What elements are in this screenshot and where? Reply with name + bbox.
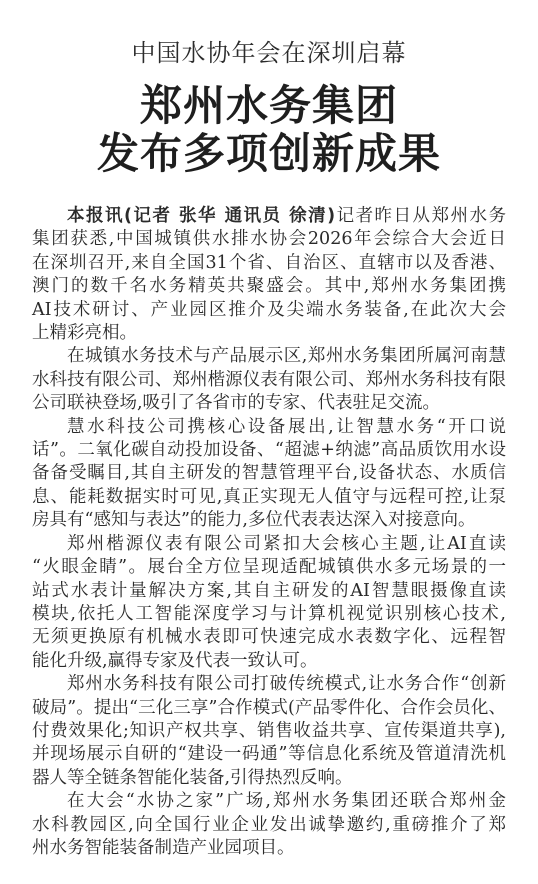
paragraph-4: 郑州楷源仪表有限公司紧扣大会核心主题,让AI直读 “火眼金睛”。展台全方位呈现适…	[32, 533, 506, 673]
paragraph-line: 付费效果化;知识产权共享、销售收益共享、宣传渠道共享),	[32, 720, 506, 743]
paragraph-line: 公司联袂登场,吸引了各省市的专家、代表驻足交流。	[32, 392, 506, 415]
paragraph-line: 在深圳召开,来自全国31个省、自治区、直辖市以及香港、	[32, 252, 506, 275]
paragraph-line: 器人等全链条智能化装备,引得热烈反响。	[32, 767, 506, 790]
paragraph-line: 州水务智能装备制造产业园项目。	[32, 837, 506, 860]
paragraph-line: 无须更换原有机械水表即可快速完成水表数字化、远程智	[32, 626, 506, 649]
paragraph-1: 本报讯(记者 张华 通讯员 徐清)记者昨日从郑州水务 集团获悉,中国城镇供水排水…	[32, 205, 506, 345]
paragraph-line: 息、能耗数据实时可见,真正实现无人值守与远程可控,让泵	[32, 486, 506, 509]
paragraph-line: 上精彩亮相。	[32, 322, 506, 345]
paragraph-line: 郑州楷源仪表有限公司紧扣大会核心主题,让AI直读	[32, 533, 506, 556]
paragraph-line: 备备受瞩目,其自主研发的智慧管理平台,设备状态、水质信	[32, 462, 506, 485]
paragraph-line: 话”。二氧化碳自动投加设备、“超滤+纳滤”高品质饮用水设	[32, 439, 506, 462]
headline-line-1: 郑州水务集团	[0, 82, 538, 130]
article-headline: 郑州水务集团 发布多项创新成果	[0, 82, 538, 178]
paragraph-line: 本报讯(记者 张华 通讯员 徐清)记者昨日从郑州水务	[32, 205, 506, 228]
paragraph-line: 慧水科技公司携核心设备展出,让智慧水务“开口说	[32, 416, 506, 439]
byline-lead: 本报讯(记者 张华 通讯员 徐清)	[67, 206, 335, 226]
paragraph-line: 房具有“感知与表达”的能力,多位代表表达深入对接意向。	[32, 509, 506, 532]
paragraph-line: 站式水表计量解决方案,其自主研发的AI智慧眼摄像直读	[32, 580, 506, 603]
paragraph-line: 并现场展示自研的“建设一码通”等信息化系统及管道清洗机	[32, 743, 506, 766]
paragraph-line: 郑州水务科技有限公司打破传统模式,让水务合作“创新	[32, 673, 506, 696]
paragraph-line: AI技术研讨、产业园区推介及尖端水务装备,在此次大会	[32, 299, 506, 322]
paragraph-line: 模块,依托人工智能深度学习与计算机视觉识别核心技术,	[32, 603, 506, 626]
paragraph-line: 在大会“水协之家”广场,郑州水务集团还联合郑州金	[32, 790, 506, 813]
paragraph-line: 水科教园区,向全国行业企业发出诚挚邀约,重磅推介了郑	[32, 814, 506, 837]
paragraph-5: 郑州水务科技有限公司打破传统模式,让水务合作“创新 破局”。提出“三化三享”合作…	[32, 673, 506, 790]
article-body: 本报讯(记者 张华 通讯员 徐清)记者昨日从郑州水务 集团获悉,中国城镇供水排水…	[32, 205, 506, 860]
paragraph-line: 澳门的数千名水务精英共聚盛会。其中,郑州水务集团携	[32, 275, 506, 298]
paragraph-line: 能化升级,赢得专家及代表一致认可。	[32, 650, 506, 673]
paragraph-3: 慧水科技公司携核心设备展出,让智慧水务“开口说 话”。二氧化碳自动投加设备、“超…	[32, 416, 506, 533]
paragraph-line: 在城镇水务技术与产品展示区,郑州水务集团所属河南慧	[32, 345, 506, 368]
article-subtitle: 中国水协年会在深圳启幕	[0, 38, 538, 68]
headline-line-2: 发布多项创新成果	[0, 130, 538, 178]
paragraph-line: “火眼金睛”。展台全方位呈现适配城镇供水多元场景的一	[32, 556, 506, 579]
paragraph-2: 在城镇水务技术与产品展示区,郑州水务集团所属河南慧 水科技有限公司、郑州楷源仪表…	[32, 345, 506, 415]
paragraph-text: 记者昨日从郑州水务	[335, 206, 506, 226]
paragraph-line: 水科技有限公司、郑州楷源仪表有限公司、郑州水务科技有限	[32, 369, 506, 392]
paragraph-line: 集团获悉,中国城镇供水排水协会2026年会综合大会近日	[32, 228, 506, 251]
paragraph-line: 破局”。提出“三化三享”合作模式(产品零件化、合作会员化、	[32, 697, 506, 720]
paragraph-6: 在大会“水协之家”广场,郑州水务集团还联合郑州金 水科教园区,向全国行业企业发出…	[32, 790, 506, 860]
